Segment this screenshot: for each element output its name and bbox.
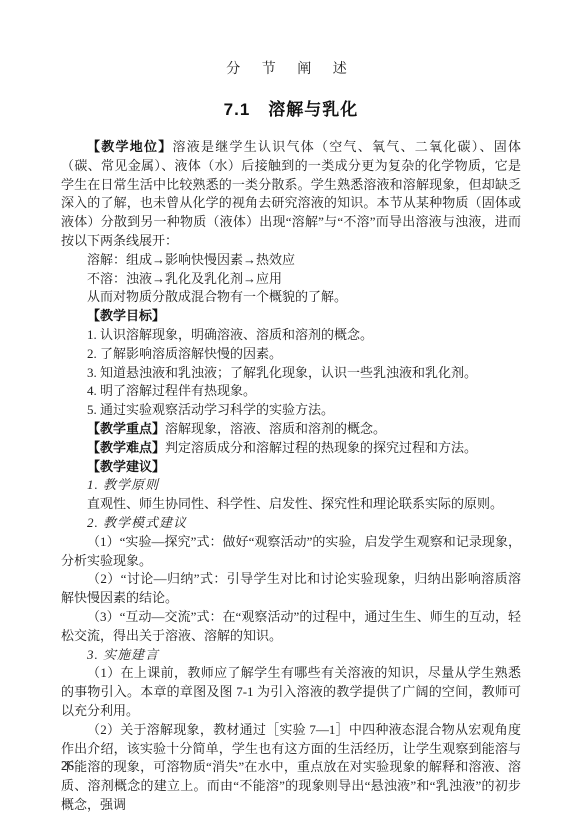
page-number: 26 [61, 758, 74, 774]
teaching-position-text: 溶液是继学生认识气体（空气、氧气、二氧化碳）、固体（碳、常见金属）、液体（水）后… [61, 139, 521, 248]
page-content: 分 节 阐 述 7.1 溶解与乳化 【教学地位】溶液是继学生认识气体（空气、氧气… [61, 54, 521, 815]
body-text: 【教学地位】溶液是继学生认识气体（空气、氧气、二氧化碳）、固体（碳、常见金属）、… [61, 138, 521, 815]
goal-item-2: 2. 了解影响溶质溶解快慢的因素。 [61, 345, 521, 364]
mode-item-3: （3）“互动—交流”式：在“观察活动”的过程中，通过生生、师生的互动，轻松交流，… [61, 608, 521, 646]
teaching-goals-label: 【教学目标】 [87, 308, 165, 323]
principle-heading: 1. 教学原则 [61, 476, 521, 495]
teaching-key-label: 【教学重点】 [87, 421, 165, 436]
principle-text: 直观性、师生协同性、科学性、启发性、探究性和理论联系实际的原则。 [61, 495, 521, 514]
teaching-difficulty-paragraph: 【教学难点】判定溶质成分和溶解过程的热现象的探究过程和方法。 [61, 439, 521, 458]
section-title: 7.1 溶解与乳化 [61, 95, 521, 120]
implementation-item-2: （2）关于溶解现象，教材通过［实验 7—1］中四种液态混合物从宏观角度作出介绍，… [61, 721, 521, 815]
outline-insoluble-line: 不溶：浊液→乳化及乳化剂→应用 [61, 270, 521, 289]
goal-item-3: 3. 知道悬浊液和乳浊液；了解乳化现象，认识一些乳浊液和乳化剂。 [61, 364, 521, 383]
teaching-key-text: 溶解现象，溶液、溶质和溶剂的概念。 [165, 421, 386, 436]
teaching-difficulty-label: 【教学难点】 [87, 440, 165, 455]
teaching-suggestions-label: 【教学建议】 [87, 459, 165, 474]
outline-dissolve-line: 溶解：组成→影响快慢因素→热效应 [61, 251, 521, 270]
goal-item-4: 4. 明了溶解过程伴有热现象。 [61, 382, 521, 401]
mode-item-2: （2）“讨论—归纳”式：引导学生对比和讨论实验现象，归纳出影响溶质溶解快慢因素的… [61, 570, 521, 608]
teaching-suggestions-heading: 【教学建议】 [61, 458, 521, 477]
goal-item-1: 1. 认识溶解现象，明确溶液、溶质和溶剂的概念。 [61, 326, 521, 345]
implementation-heading: 3. 实施建言 [61, 646, 521, 665]
outline-summary-line: 从而对物质分散成混合物有一个概貌的了解。 [61, 288, 521, 307]
teaching-position-paragraph: 【教学地位】溶液是继学生认识气体（空气、氧气、二氧化碳）、固体（碳、常见金属）、… [61, 138, 521, 251]
teaching-goals-heading: 【教学目标】 [61, 307, 521, 326]
mode-heading: 2. 教学模式建议 [61, 514, 521, 533]
running-head: 分 节 阐 述 [61, 58, 521, 78]
teaching-key-paragraph: 【教学重点】溶解现象，溶液、溶质和溶剂的概念。 [61, 420, 521, 439]
book-page: 分 节 阐 述 7.1 溶解与乳化 【教学地位】溶液是继学生认识气体（空气、氧气… [0, 0, 582, 818]
implementation-item-1: （1）在上课前，教师应了解学生有哪些有关溶液的知识，尽量从学生熟悉的事物引入。本… [61, 664, 521, 720]
teaching-difficulty-text: 判定溶质成分和溶解过程的热现象的探究过程和方法。 [165, 440, 477, 455]
teaching-position-label: 【教学地位】 [87, 139, 173, 154]
goal-item-5: 5. 通过实验观察活动学习科学的实验方法。 [61, 401, 521, 420]
mode-item-1: （1）“实验—探究”式：做好“观察活动”的实验，启发学生观察和记录现象，分析实验… [61, 533, 521, 571]
